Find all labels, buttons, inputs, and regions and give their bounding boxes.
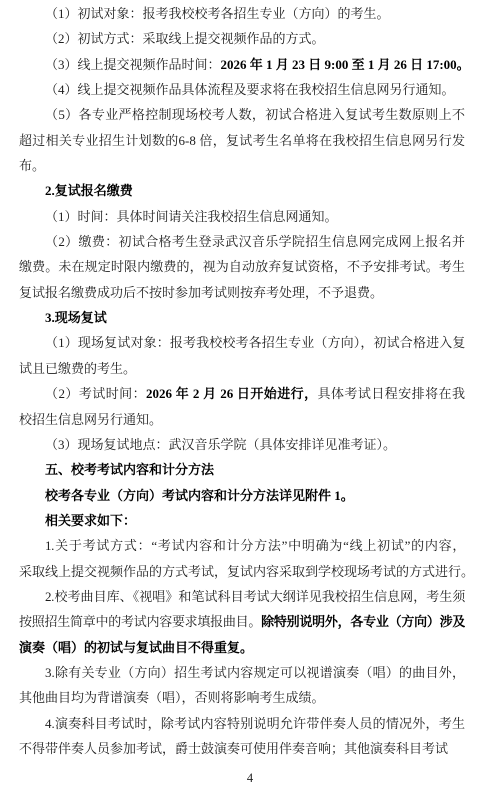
text-run: （2）缴费：初试合格考生登录武汉音乐学院招生信息网完成网上报名并	[45, 234, 465, 249]
bold-text-run: 2.复试报名缴费	[45, 183, 133, 198]
text-run: （3）线上提交视频作品时间：	[45, 57, 221, 72]
text-run: 校招生信息网另行通知。	[19, 412, 162, 427]
text-run: （2）考试时间：	[45, 386, 146, 401]
text-line: 3.现场复试	[19, 305, 465, 330]
text-run: 缴费。未在规定时限内缴费的，视为自动放弃复试资格，不予安排考试。考生	[19, 259, 465, 274]
text-line: （1）初试对象：报考我校校考各招生专业（方向）的考生。	[19, 1, 465, 26]
text-run: 试且已缴费的考生。	[19, 361, 136, 376]
text-line: 校招生信息网另行通知。	[19, 407, 465, 432]
text-line: 超过相关专业招生计划数的6-8 倍，复试考生名单将在我校招生信息网另行发	[19, 128, 465, 153]
text-line: 采取线上提交视频作品的方式考试，复试内容采取到学校现场考试的方式进行。	[19, 559, 465, 584]
text-line: 缴费。未在规定时限内缴费的，视为自动放弃复试资格，不予安排考试。考生	[19, 254, 465, 279]
text-line: 相关要求如下：	[19, 508, 465, 533]
bold-text-run: 五、校考考试内容和计分方法	[45, 462, 214, 477]
text-run: 不得带伴奏人员参加考试，爵士鼓演奏可使用伴奏音响；其他演奏科目考试	[19, 741, 448, 756]
text-line: 3.除有关专业（方向）招生考试内容规定可以视谱演奏（唱）的曲目外，	[19, 660, 465, 685]
text-line: 其他曲目均为背谱演奏（唱），否则将影响考生成绩。	[19, 685, 465, 710]
bold-text-run: 2026 年 1 月 23 日 9:00 至 1 月 26 日 17:00。	[221, 57, 470, 72]
text-line: 4.演奏科目考试时，除考试内容特别说明允许带伴奏人员的情况外，考生	[19, 711, 465, 736]
page-number: 4	[0, 771, 500, 786]
text-line: （3）线上提交视频作品时间：2026 年 1 月 23 日 9:00 至 1 月…	[19, 52, 465, 77]
text-run: 复试报名缴费成功后不按时参加考试则按弃考处理，不予退费。	[19, 285, 383, 300]
text-line: （2）初试方式：采取线上提交视频作品的方式。	[19, 26, 465, 51]
bold-text-run: 相关要求如下：	[45, 513, 136, 528]
text-line: （4）线上提交视频作品具体流程及要求将在我校招生信息网另行通知。	[19, 77, 465, 102]
text-line: 试且已缴费的考生。	[19, 356, 465, 381]
text-run: 其他曲目均为背谱演奏（唱），否则将影响考生成绩。	[19, 690, 325, 705]
text-run: （1）时间：具体时间请关注我校招生信息网通知。	[45, 209, 338, 224]
text-line: 五、校考考试内容和计分方法	[19, 457, 465, 482]
text-line: 不得带伴奏人员参加考试，爵士鼓演奏可使用伴奏音响；其他演奏科目考试	[19, 736, 465, 761]
document-page: （1）初试对象：报考我校校考各招生专业（方向）的考生。（2）初试方式：采取线上提…	[0, 0, 500, 800]
text-line: 2.复试报名缴费	[19, 178, 465, 203]
text-line: （3）现场复试地点：武汉音乐学院（具体安排详见准考证）。	[19, 432, 465, 457]
text-line: （2）缴费：初试合格考生登录武汉音乐学院招生信息网完成网上报名并	[19, 229, 465, 254]
text-line: （1）现场复试对象：报考我校校考各招生专业（方向），初试合格进入复	[19, 330, 465, 355]
text-run: （1）现场复试对象：报考我校校考各招生专业（方向），初试合格进入复	[45, 335, 465, 350]
document-body: （1）初试对象：报考我校校考各招生专业（方向）的考生。（2）初试方式：采取线上提…	[19, 1, 465, 761]
text-run: （1）初试对象：报考我校校考各招生专业（方向）的考生。	[45, 6, 390, 21]
text-run: 2.校考曲目库、《视唱》和笔试科目考试大纲详见我校招生信息网，考生须	[45, 589, 465, 604]
text-run: 超过相关专业招生计划数的6-8 倍，复试考生名单将在我校招生信息网另行发	[19, 133, 465, 148]
text-line: 校考各专业（方向）考试内容和计分方法详见附件 1。	[19, 483, 465, 508]
text-run: 布。	[19, 158, 45, 173]
text-line: 布。	[19, 153, 465, 178]
text-run: 1.关于考试方式：“考试内容和计分方法”中明确为“线上初试”的内容，	[45, 538, 465, 553]
text-line: （5）各专业严格控制现场校考人数，初试合格进入复试考生数原则上不	[19, 102, 465, 127]
bold-text-run: 除特别说明外，各专业（方向）涉及	[261, 614, 465, 629]
text-run: 具体考试日程安排将在我	[318, 386, 465, 401]
text-line: （1）时间：具体时间请关注我校招生信息网通知。	[19, 204, 465, 229]
bold-text-run: 演奏（唱）的初试与复试曲目不得重复。	[19, 640, 253, 655]
text-run: 4.演奏科目考试时，除考试内容特别说明允许带伴奏人员的情况外，考生	[45, 716, 465, 731]
bold-text-run: 2026 年 2 月 26 日开始进行，	[146, 386, 318, 401]
text-line: 2.校考曲目库、《视唱》和笔试科目考试大纲详见我校招生信息网，考生须	[19, 584, 465, 609]
text-run: 按照招生简章中的考试内容要求填报曲目。	[19, 614, 261, 629]
text-line: 1.关于考试方式：“考试内容和计分方法”中明确为“线上初试”的内容，	[19, 533, 465, 558]
text-run: （2）初试方式：采取线上提交视频作品的方式。	[45, 31, 325, 46]
text-line: 演奏（唱）的初试与复试曲目不得重复。	[19, 635, 465, 660]
text-run: （3）现场复试地点：武汉音乐学院（具体安排详见准考证）。	[45, 437, 396, 452]
text-run: （5）各专业严格控制现场校考人数，初试合格进入复试考生数原则上不	[45, 107, 465, 122]
text-line: （2）考试时间：2026 年 2 月 26 日开始进行，具体考试日程安排将在我	[19, 381, 465, 406]
text-run: 3.除有关专业（方向）招生考试内容规定可以视谱演奏（唱）的曲目外，	[45, 665, 465, 680]
text-run: 采取线上提交视频作品的方式考试，复试内容采取到学校现场考试的方式进行。	[19, 564, 474, 579]
text-run: （4）线上提交视频作品具体流程及要求将在我校招生信息网另行通知。	[45, 82, 455, 97]
bold-text-run: 校考各专业（方向）考试内容和计分方法详见附件 1。	[45, 488, 354, 503]
text-line: 复试报名缴费成功后不按时参加考试则按弃考处理，不予退费。	[19, 280, 465, 305]
bold-text-run: 3.现场复试	[45, 310, 107, 325]
text-line: 按照招生简章中的考试内容要求填报曲目。除特别说明外，各专业（方向）涉及	[19, 609, 465, 634]
